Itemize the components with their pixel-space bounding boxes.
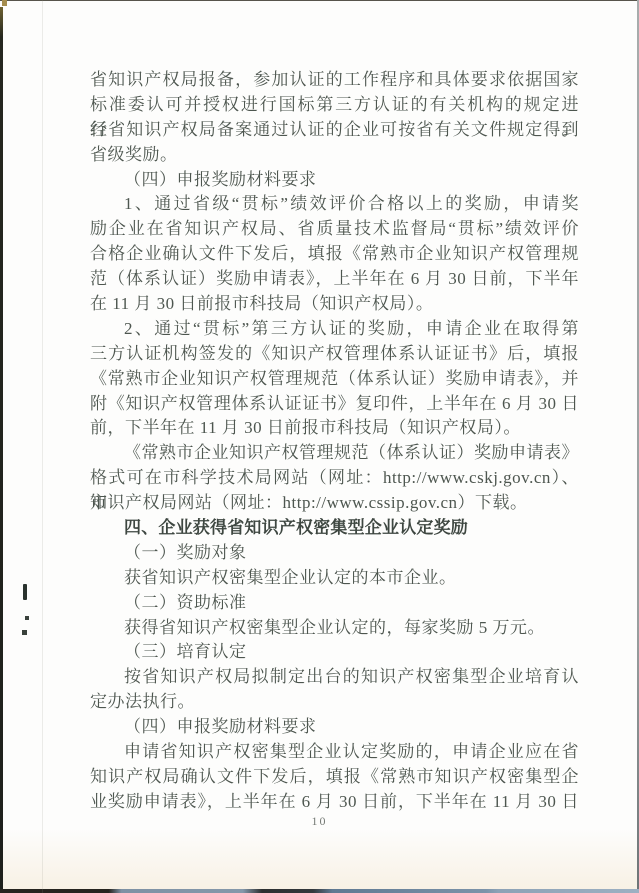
body-line: 励企业在省知识产权局、省质量技术监督局“贯标”绩效评价 xyxy=(90,217,579,242)
body-line: 获省知识产权密集型企业认定的本市企业。 xyxy=(90,566,579,591)
body-line: 知识产权局确认文件下发后，填报《常熟市知识产权密集型企 xyxy=(90,765,579,790)
subsection-heading: （二）资助标准 xyxy=(90,591,579,616)
body-line: 合格企业确认文件下发后，填报《常熟市企业知识产权管理规 xyxy=(90,242,579,267)
body-line: 标准委认可并授权进行国标第三方认证的有关机构的规定进行。 xyxy=(90,93,579,118)
body-line: 定办法执行。 xyxy=(90,690,579,715)
body-line: 业奖励申请表》，上半年在 6 月 30 日前，下半年在 11 月 30 日 xyxy=(90,790,579,815)
ink-mark xyxy=(22,630,27,635)
subsection-heading: （四）申报奖励材料要求 xyxy=(90,168,579,193)
scanned-document-page: 省知识产权局报备，参加认证的工作程序和具体要求依据国家 标准委认可并授权进行国标… xyxy=(0,0,639,893)
scan-edge-left xyxy=(0,7,3,893)
section-4-heading: 四、企业获得省知识产权密集型企业认定奖励 xyxy=(90,516,579,541)
subsection-heading: （三）培育认定 xyxy=(90,640,579,665)
scan-edge-bottom xyxy=(0,889,639,893)
ink-mark xyxy=(23,584,27,600)
subsection-heading: （一）奖励对象 xyxy=(90,541,579,566)
page-number: 10 xyxy=(0,814,639,829)
body-line: 省级奖励。 xyxy=(90,143,579,168)
body-line: 《常熟市企业知识产权管理规范（体系认证）奖励申请表》，并 xyxy=(90,367,579,392)
ink-mark xyxy=(25,616,29,620)
body-line: 1、通过省级“贯标”绩效评价合格以上的奖励，申请奖 xyxy=(90,192,579,217)
body-line: 在 11 月 30 日前报市科技局（知识产权局）。 xyxy=(90,292,579,317)
body-line: 按省知识产权局拟制定出台的知识产权密集型企业培育认 xyxy=(90,665,579,690)
body-line-url: 格式可在市科学技术局网站（网址：http://www.cskj.gov.cn）、… xyxy=(90,466,579,491)
document-text: 省知识产权局报备，参加认证的工作程序和具体要求依据国家 标准委认可并授权进行国标… xyxy=(90,68,579,815)
body-line: 省知识产权局报备，参加认证的工作程序和具体要求依据国家 xyxy=(90,68,579,93)
body-line: 《常熟市企业知识产权管理规范（体系认证）奖励申请表》 xyxy=(90,441,579,466)
scan-edge-top xyxy=(0,0,639,1)
scan-corner-mark xyxy=(2,0,7,6)
body-line-url: 知识产权局网站（网址：http://www.cssip.gov.cn）下载。 xyxy=(90,491,579,516)
body-line: 申请省知识产权密集型企业认定奖励的，申请企业应在省 xyxy=(90,740,579,765)
body-line: 范（体系认证）奖励申请表》，上半年在 6 月 30 日前，下半年 xyxy=(90,267,579,292)
body-line: 前，下半年在 11 月 30 日前报市科技局（知识产权局）。 xyxy=(90,416,579,441)
body-line: 附《知识产权管理体系认证证书》复印件，上半年在 6 月 30 日 xyxy=(90,392,579,417)
body-line: 经省知识产权局备案通过认证的企业可按省有关文件规定得到 xyxy=(90,118,579,143)
scan-shading xyxy=(0,829,639,889)
body-line: 三方认证机构签发的《知识产权管理体系认证证书》后，填报 xyxy=(90,342,579,367)
paper-fold-line xyxy=(42,0,43,893)
body-line: 获得省知识产权密集型企业认定的，每家奖励 5 万元。 xyxy=(90,616,579,641)
subsection-heading: （四）申报奖励材料要求 xyxy=(90,715,579,740)
body-line: 2、通过“贯标”第三方认证的奖励，申请企业在取得第 xyxy=(90,317,579,342)
